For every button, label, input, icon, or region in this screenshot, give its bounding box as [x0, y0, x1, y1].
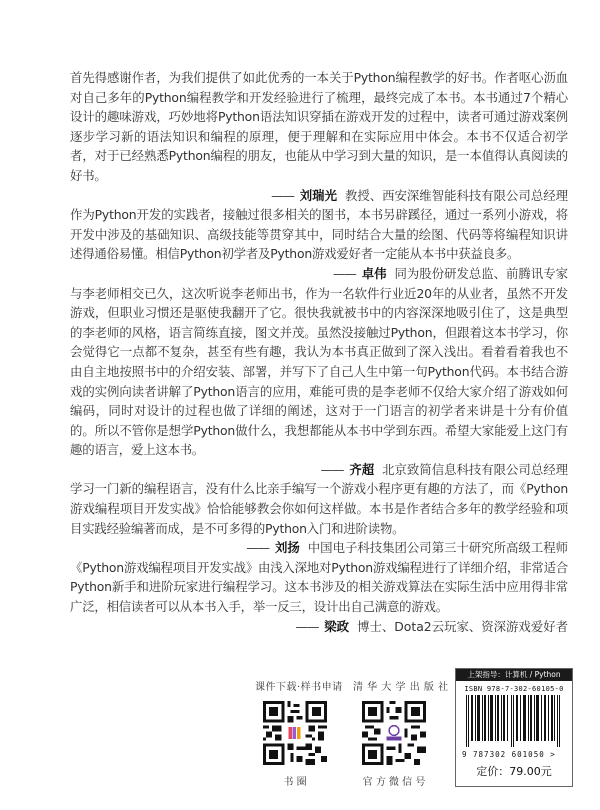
back-cover-reviews: 首先得感谢作者，为我们提供了如此优秀的一本关于Python编程教学的好书。作者呕… — [70, 68, 568, 636]
review-text: 与李老师相交已久，这次听说李老师出书，作为一名软件行业近20年的从业者，虽然不开… — [70, 284, 568, 460]
qr-block-book-circle: 课件下载·样书申请 书 圈 — [255, 678, 335, 788]
qr-code[interactable] — [263, 701, 327, 765]
em-dash: —— — [321, 462, 344, 477]
review-attribution: —— 卓伟同为股份研发总监、前腾讯专家 — [70, 264, 568, 284]
review-text: 学习一门新的编程语言，没有什么比亲手编写一个游戏小程序更有趣的方法了，而《Pyt… — [70, 479, 568, 538]
review-attribution: —— 齐超北京致简信息科技有限公司总经理 — [70, 460, 568, 480]
reviewer-title: 中国电子科技集团公司第三十研究所高级工程师 — [308, 540, 568, 555]
reviewer-title: 教授、西安深维智能科技有限公司总经理 — [345, 188, 568, 203]
barcode-digits: 9 787302 601050 > — [462, 750, 572, 759]
qr-caption-top: 课件下载·样书申请 — [255, 678, 335, 693]
price-label: 定价：79.00元 — [456, 763, 572, 779]
reviewer-name: 梁政 — [324, 619, 349, 634]
reviewer-name: 卓伟 — [362, 266, 387, 281]
reviewer-name: 刘瑞光 — [300, 188, 337, 203]
qr-code[interactable] — [362, 701, 426, 765]
reviewer-name: 齐超 — [349, 462, 374, 477]
isbn-barcode-box: 上架指导：计算机 / Python ISBN 978-7-302-60105-0… — [455, 668, 573, 787]
reviewer-title: 同为股份研发总监、前腾讯专家 — [395, 266, 568, 281]
em-dash: —— — [296, 619, 319, 634]
qr-caption-top: 清 华 大 学 出 版 社 — [353, 678, 435, 693]
shelving-category: 上架指导：计算机 / Python — [456, 669, 572, 681]
barcode-icon — [466, 695, 572, 751]
em-dash: —— — [271, 188, 294, 203]
qr-block-official-wechat: 清 华 大 学 出 版 社 官 方 微 信 号 — [353, 678, 435, 788]
reviewer-title: 博士、Dota2云玩家、资深游戏爱好者 — [357, 619, 568, 634]
reviewer-title: 北京致简信息科技有限公司总经理 — [382, 462, 568, 477]
review-text: 《Python游戏编程项目开发实战》由浅入深地对Python游戏编程进行了详细介… — [70, 558, 568, 617]
em-dash: —— — [246, 540, 269, 555]
isbn-number: ISBN 978-7-302-60105-0 — [456, 685, 572, 693]
reviewer-name: 刘扬 — [275, 540, 300, 555]
review-text: 作为Python开发的实践者，接触过很多相关的图书，本书另辟蹊径，通过一系列小游… — [70, 205, 568, 264]
review-text: 首先得感谢作者，为我们提供了如此优秀的一本关于Python编程教学的好书。作者呕… — [70, 68, 568, 186]
review-attribution: —— 刘扬中国电子科技集团公司第三十研究所高级工程师 — [70, 538, 568, 558]
review-attribution: —— 刘瑞光教授、西安深维智能科技有限公司总经理 — [70, 186, 568, 206]
review-attribution: —— 梁政博士、Dota2云玩家、资深游戏爱好者 — [70, 617, 568, 637]
em-dash: —— — [333, 266, 356, 281]
qr-caption-bottom: 书 圈 — [255, 773, 335, 788]
qr-caption-bottom: 官 方 微 信 号 — [353, 773, 435, 788]
